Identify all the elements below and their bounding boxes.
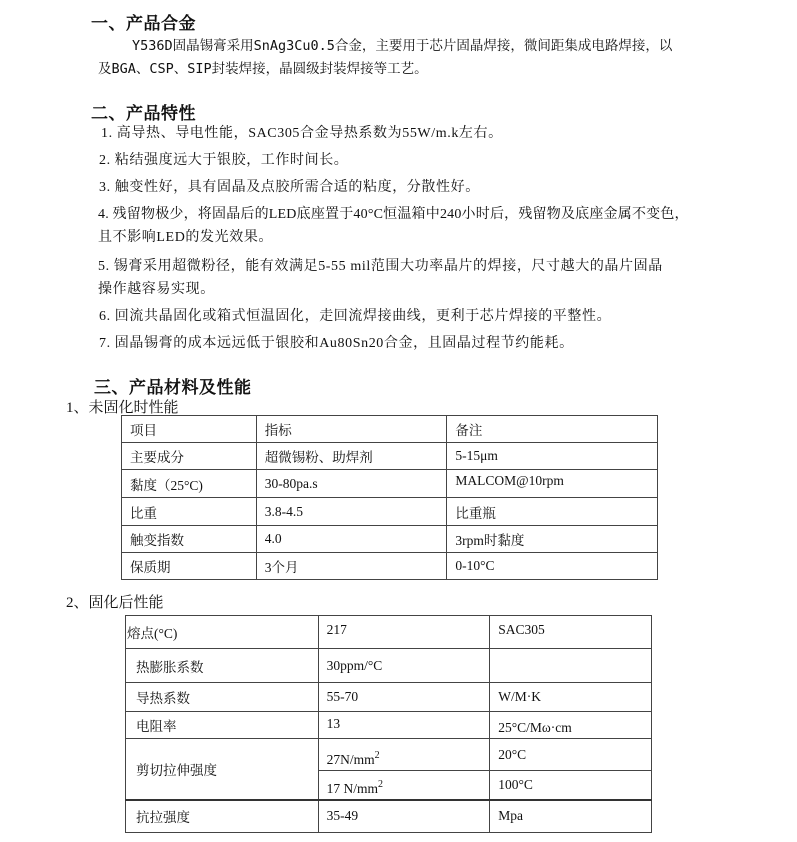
cell: 3.8-4.5 xyxy=(256,498,447,526)
cell: 0-10°C xyxy=(447,553,658,580)
table-row: 主要成分 超微锡粉、助焊剂 5-15μm xyxy=(122,443,658,470)
shear-value-20c: 27N/mm2 xyxy=(318,739,490,771)
table-row-shear: 剪切拉伸强度 27N/mm2 20°C xyxy=(126,739,652,771)
subheading-uncured: 1、未固化时性能 xyxy=(66,396,179,417)
feature-item: 4. 残留物极少，将固晶后的LED底座置于40°C恒温箱中240小时后，残留物及… xyxy=(98,203,689,223)
alloy-paragraph-line2: 及BGA、CSP、SIP封装焊接，晶圆级封装焊接等工艺。 xyxy=(98,57,428,77)
cell: 100°C xyxy=(490,771,652,800)
table-row: 黏度（25°C) 30-80pa.s MALCOM@10rpm xyxy=(122,470,658,498)
cell: Mpa xyxy=(490,800,652,833)
table-row: 触变指数 4.0 3rpm时黏度 xyxy=(122,526,658,553)
header-note: 备注 xyxy=(447,416,658,443)
cell: 4.0 xyxy=(256,526,447,553)
cell: 5-15μm xyxy=(447,443,658,470)
cell: 保质期 xyxy=(122,553,257,580)
cell: 30ppm/°C xyxy=(318,649,490,683)
feature-item: 3. 触变性好，具有固晶及点胶所需合适的粘度，分散性好。 xyxy=(99,176,480,196)
cell: 13 xyxy=(318,712,490,739)
cell: 超微锡粉、助焊剂 xyxy=(256,443,447,470)
cell: SAC305 xyxy=(490,616,652,649)
table-row: 保质期 3个月 0-10°C xyxy=(122,553,658,580)
cell: 熔点(°C) xyxy=(126,616,319,649)
subheading-cured: 2、固化后性能 xyxy=(66,591,164,612)
cell: 55-70 xyxy=(318,683,490,712)
feature-item: 5. 锡膏采用超微粉径，能有效满足5-55 mil范围大功率晶片的焊接，尺寸越大… xyxy=(98,255,663,275)
cell: 20°C xyxy=(490,739,652,771)
shear-value-text: 27N/mm xyxy=(327,752,375,767)
cell: 导热系数 xyxy=(126,683,319,712)
table-row: 比重 3.8-4.5 比重瓶 xyxy=(122,498,658,526)
feature-item-continuation: 操作越容易实现。 xyxy=(98,278,215,298)
cured-properties-table: 熔点(°C) 217 SAC305 热膨胀系数 30ppm/°C 导热系数 55… xyxy=(125,615,652,833)
table-header-row: 项目 指标 备注 xyxy=(122,416,658,443)
feature-item: 2. 粘结强度远大于银胶，工作时间长。 xyxy=(99,149,348,169)
table-row: 热膨胀系数 30ppm/°C xyxy=(126,649,652,683)
table-row: 电阻率 13 25°C/Mω·cm xyxy=(126,712,652,739)
cell: 3rpm时黏度 xyxy=(447,526,658,553)
cell: 比重 xyxy=(122,498,257,526)
cell: 3个月 xyxy=(256,553,447,580)
cell: 黏度（25°C) xyxy=(122,470,257,498)
feature-item-continuation: 且不影响LED的发光效果。 xyxy=(98,226,273,246)
cell: 25°C/Mω·cm xyxy=(490,712,652,739)
uncured-properties-table: 项目 指标 备注 主要成分 超微锡粉、助焊剂 5-15μm 黏度（25°C) 3… xyxy=(121,415,658,580)
section-heading-alloy: 一、产品合金 xyxy=(91,9,196,34)
shear-strength-label: 剪切拉伸强度 xyxy=(126,739,319,800)
cell: W/M·K xyxy=(490,683,652,712)
table-row: 熔点(°C) 217 SAC305 xyxy=(126,616,652,649)
cell: 35-49 xyxy=(318,800,490,833)
header-spec: 指标 xyxy=(256,416,447,443)
cell: 217 xyxy=(318,616,490,649)
header-item: 项目 xyxy=(122,416,257,443)
section-heading-materials: 三、产品材料及性能 xyxy=(94,373,252,398)
cell: 比重瓶 xyxy=(447,498,658,526)
feature-item: 6. 回流共晶固化或箱式恒温固化，走回流焊接曲线，更利于芯片焊接的平整性。 xyxy=(99,305,611,325)
alloy-paragraph-line1: Y536D固晶锡膏采用SnAg3Cu0.5合金，主要用于芯片固晶焊接，微间距集成… xyxy=(132,34,672,54)
cell: 抗拉强度 xyxy=(126,800,319,833)
cell xyxy=(490,649,652,683)
cell: MALCOM@10rpm xyxy=(447,470,658,498)
table-row: 导热系数 55-70 W/M·K xyxy=(126,683,652,712)
cell: 30-80pa.s xyxy=(256,470,447,498)
cell: 热膨胀系数 xyxy=(126,649,319,683)
shear-value-text: 17 N/mm xyxy=(327,781,378,796)
cell: 主要成分 xyxy=(122,443,257,470)
superscript: 2 xyxy=(375,750,380,761)
feature-item: 1. 高导热、导电性能，SAC305合金导热系数为55W/m.k左右。 xyxy=(101,122,503,142)
table-row: 抗拉强度 35-49 Mpa xyxy=(126,800,652,833)
shear-value-100c: 17 N/mm2 xyxy=(318,771,490,800)
section-heading-features: 二、产品特性 xyxy=(91,99,196,124)
cell: 电阻率 xyxy=(126,712,319,739)
cell: 触变指数 xyxy=(122,526,257,553)
feature-item: 7. 固晶锡膏的成本远远低于银胶和Au80Sn20合金，且固晶过程节约能耗。 xyxy=(99,332,574,352)
superscript: 2 xyxy=(378,779,383,790)
